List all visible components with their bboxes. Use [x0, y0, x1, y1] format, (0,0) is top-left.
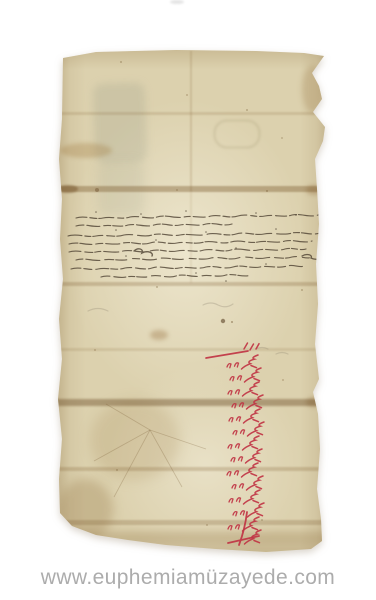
background-speck	[170, 0, 184, 4]
foxing-speckles	[56, 49, 58, 51]
diacritic-dots	[95, 210, 297, 282]
watermark-text: www.euphemiamüzayede.com	[0, 566, 376, 590]
manuscript-ink-layer	[56, 49, 327, 556]
manuscript-paper	[56, 49, 327, 556]
red-annotation-header	[206, 343, 259, 358]
ottoman-text-block	[68, 215, 320, 278]
red-siyakat-column	[242, 355, 265, 544]
manuscript-photo	[56, 49, 327, 556]
photo-stage: www.euphemiamüzayede.com	[0, 0, 376, 600]
wrinkle-creases	[94, 404, 206, 497]
red-tally-marks	[227, 363, 245, 530]
